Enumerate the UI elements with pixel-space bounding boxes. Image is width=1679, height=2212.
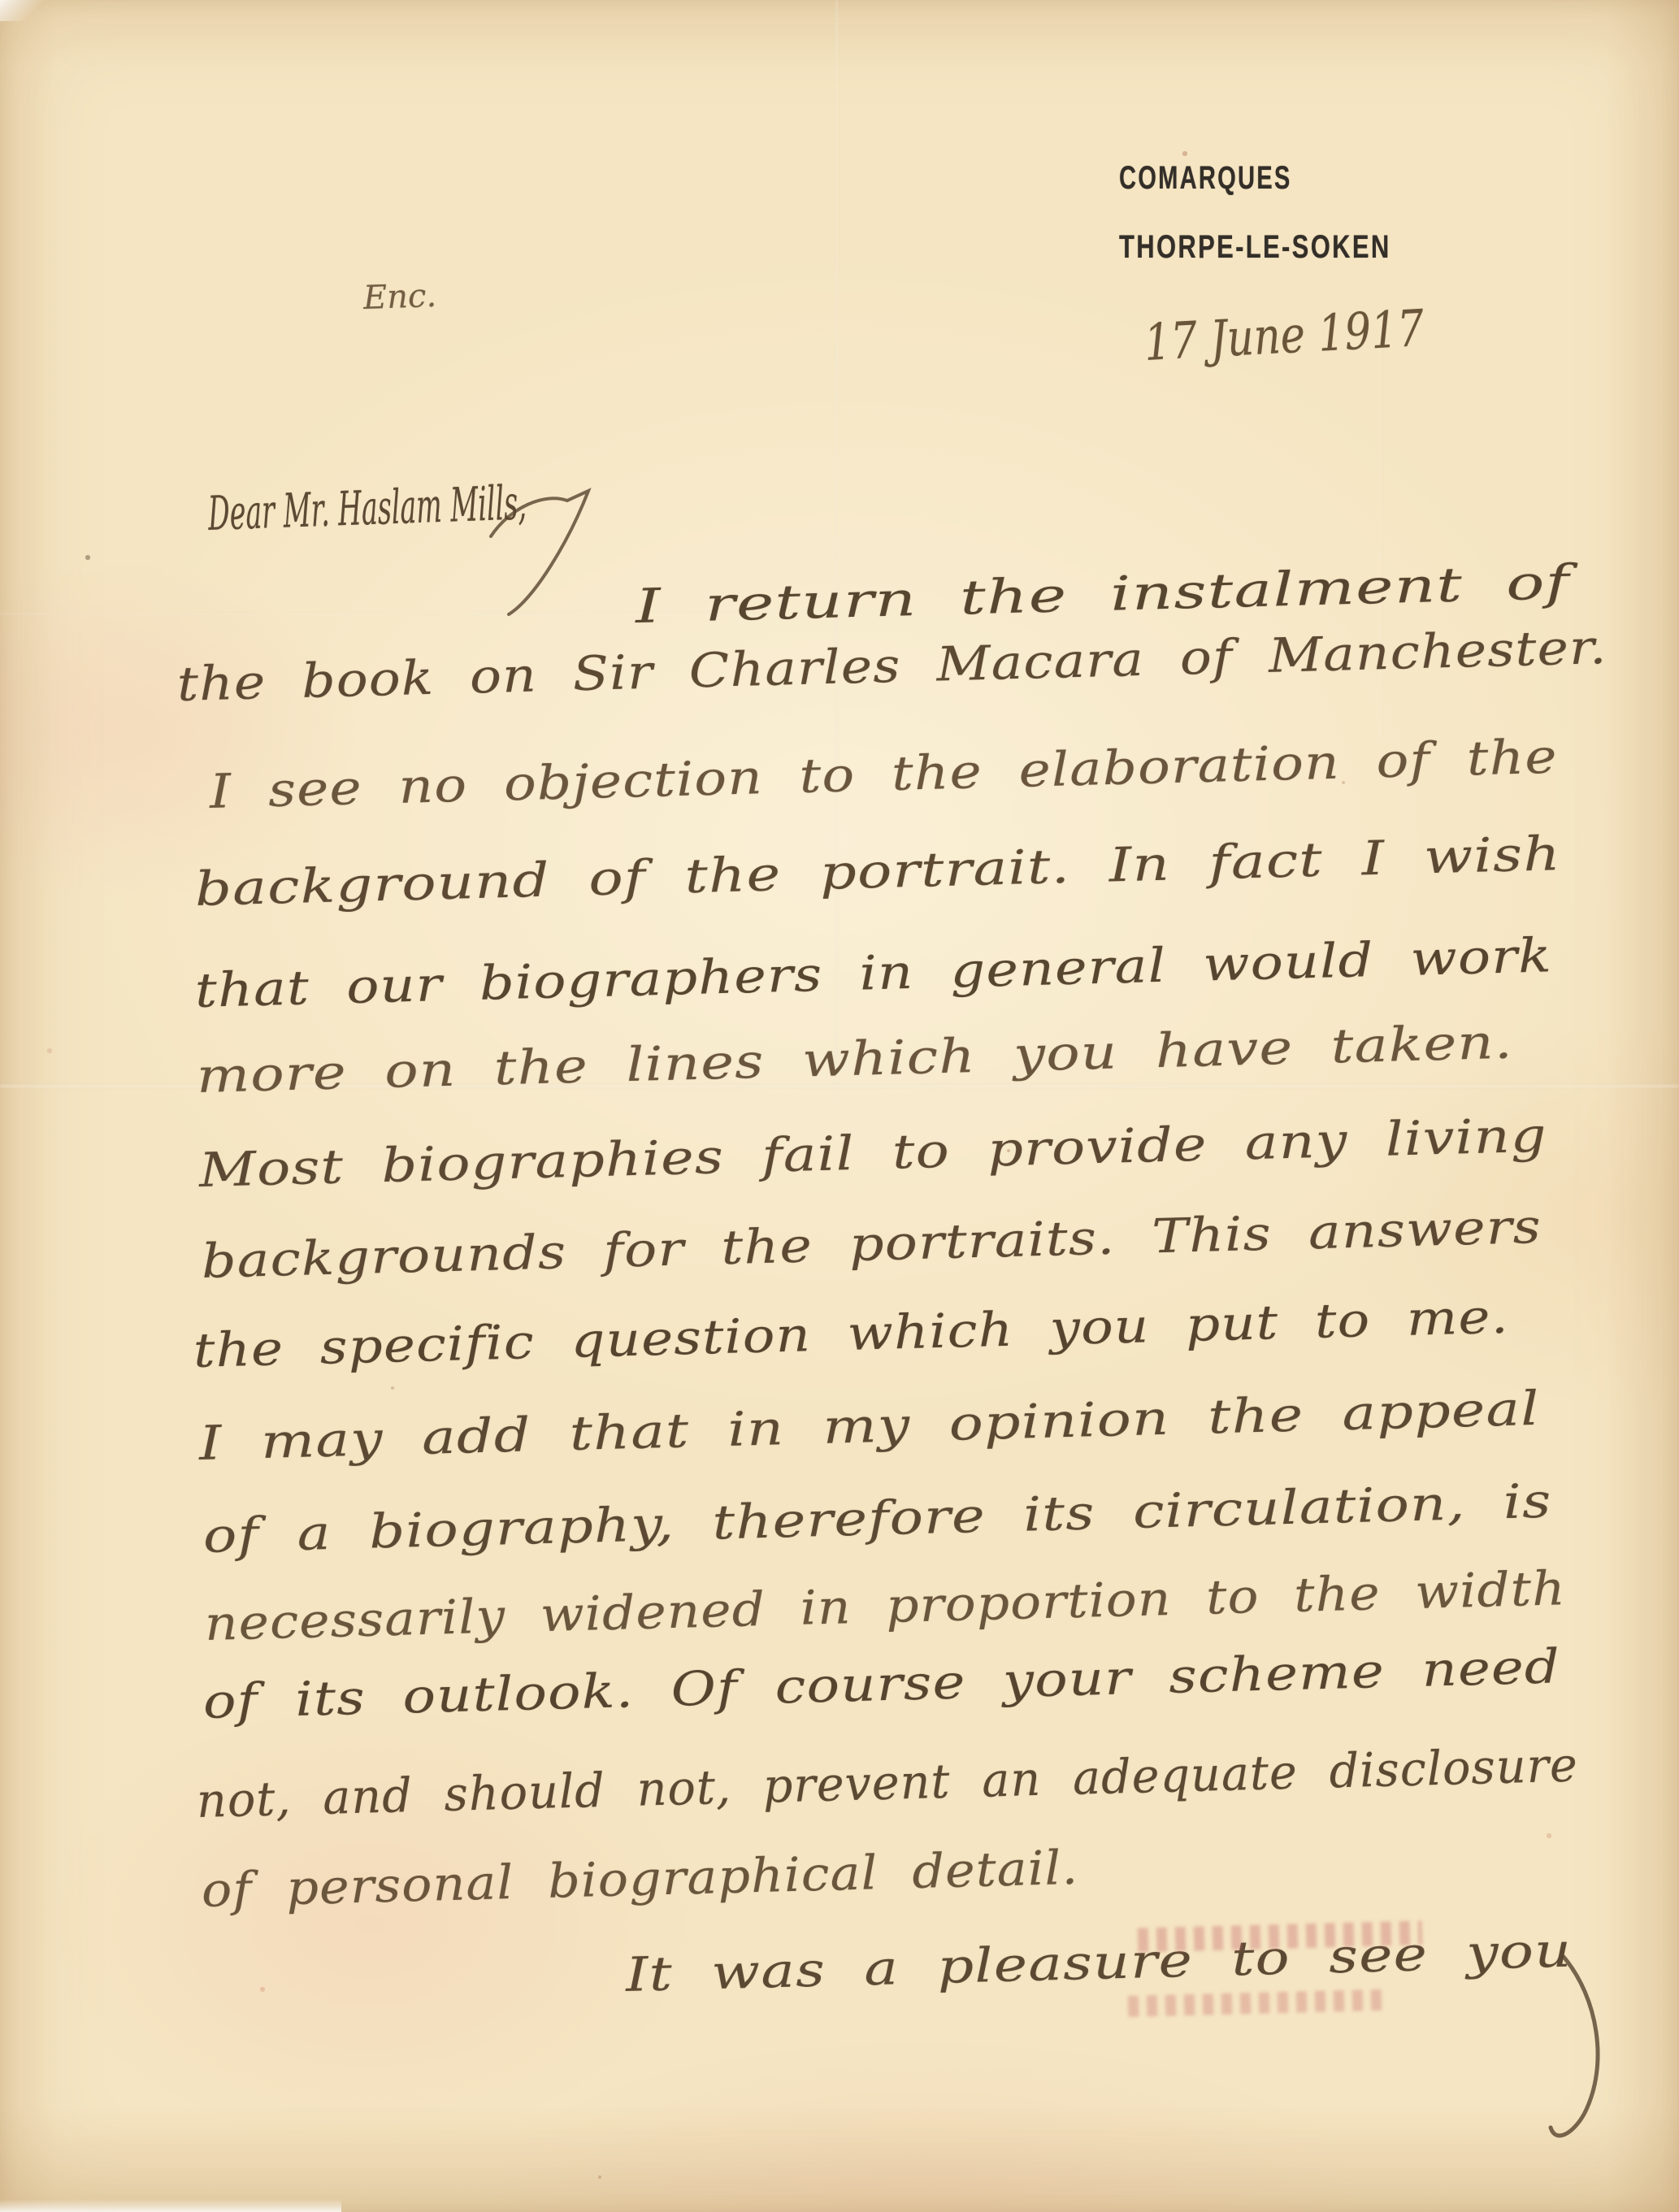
pen-tail <box>1544 1950 1650 2162</box>
body-line: I return the instalment of <box>635 561 1330 634</box>
letter-page: Enc. COMARQUES THORPE-LE-SOKEN 17 June 1… <box>0 0 1679 2212</box>
body-line-text: the specific question which you put to m… <box>193 1289 1509 1378</box>
pen-flourish <box>484 486 598 620</box>
body-line-text: not, and should not, prevent an adequate… <box>196 1737 1578 1828</box>
body-line-text: background of the portrait. In fact I wi… <box>194 826 1561 917</box>
body-line-text: necessarily widened in proportion to the… <box>204 1560 1566 1651</box>
body-line: Most biographies fail to provide any liv… <box>198 1113 1345 1198</box>
letterhead-house-name-text: COMARQUES <box>1119 160 1291 197</box>
body-line-text: more on the lines which you have taken. <box>196 1014 1513 1104</box>
fold-crease-vertical <box>835 0 838 1105</box>
body-line: backgrounds for the portraits. This answ… <box>201 1203 1370 1289</box>
scan-edge-sliver <box>0 2199 341 2212</box>
letterhead-place-name-text: THORPE-LE-SOKEN <box>1119 229 1391 266</box>
letter-date: 17 June 1917 <box>1143 295 1485 372</box>
enclosure-annotation: Enc. <box>362 277 437 317</box>
body-line-text: of a biography, therefore its circulatio… <box>202 1473 1552 1564</box>
enclosure-annotation-text: Enc. <box>362 277 437 317</box>
body-line: not, and should not, prevent an adequate… <box>196 1737 1599 1828</box>
scanned-letter: Enc. COMARQUES THORPE-LE-SOKEN 17 June 1… <box>0 0 1679 2212</box>
body-line-text: I return the instalment of <box>635 554 1571 634</box>
letter-date-text: 17 June 1917 <box>1143 298 1425 372</box>
body-line-text: that our biographers in general would wo… <box>194 927 1552 1018</box>
body-line: I may add that in my opinion the appeal <box>198 1386 1315 1471</box>
body-line: more on the lines which you have taken. <box>196 1019 1309 1104</box>
body-line: background of the portrait. In fact I wi… <box>194 832 1325 917</box>
body-line: of a biography, therefore its circulatio… <box>202 1478 1345 1564</box>
body-line: the specific question which you put to m… <box>193 1293 1354 1378</box>
body-line-text: It was a pleasure to see you <box>625 1923 1573 2002</box>
letterhead-place-name: THORPE-LE-SOKEN <box>1119 229 1470 266</box>
body-line: I see no objection to the elaboration of… <box>209 733 1394 819</box>
scan-corner-sliver <box>0 0 57 21</box>
body-line-text: of its outlook. Of course your scheme ne… <box>202 1638 1561 1729</box>
body-line-text: I see no objection to the elaboration of… <box>209 729 1558 819</box>
body-line-text: Most biographies fail to provide any liv… <box>198 1108 1547 1198</box>
salutation-text: Dear Mr. Haslam Mills, <box>207 475 527 541</box>
body-line: of its outlook. Of course your scheme ne… <box>202 1643 1375 1729</box>
body-line: that our biographers in general would wo… <box>194 932 1376 1018</box>
body-line: necessarily widened in proportion to the… <box>204 1564 1460 1651</box>
body-line-text: the book on Sir Charles Macara of Manche… <box>176 619 1607 712</box>
body-line: the book on Sir Charles Macara of Manche… <box>176 623 1460 712</box>
body-line-text: of personal biographical detail. <box>201 1840 1079 1918</box>
collection-stamp-line-2 <box>1128 1989 1382 2017</box>
body-line-text: backgrounds for the portraits. This answ… <box>201 1199 1542 1289</box>
paper-foxing-specks <box>0 0 2 2</box>
letterhead-house-name: COMARQUES <box>1119 160 1356 197</box>
body-line-text: I may add that in my opinion the appeal <box>198 1381 1540 1471</box>
body-line: of personal biographical detail. <box>201 1841 1024 1918</box>
